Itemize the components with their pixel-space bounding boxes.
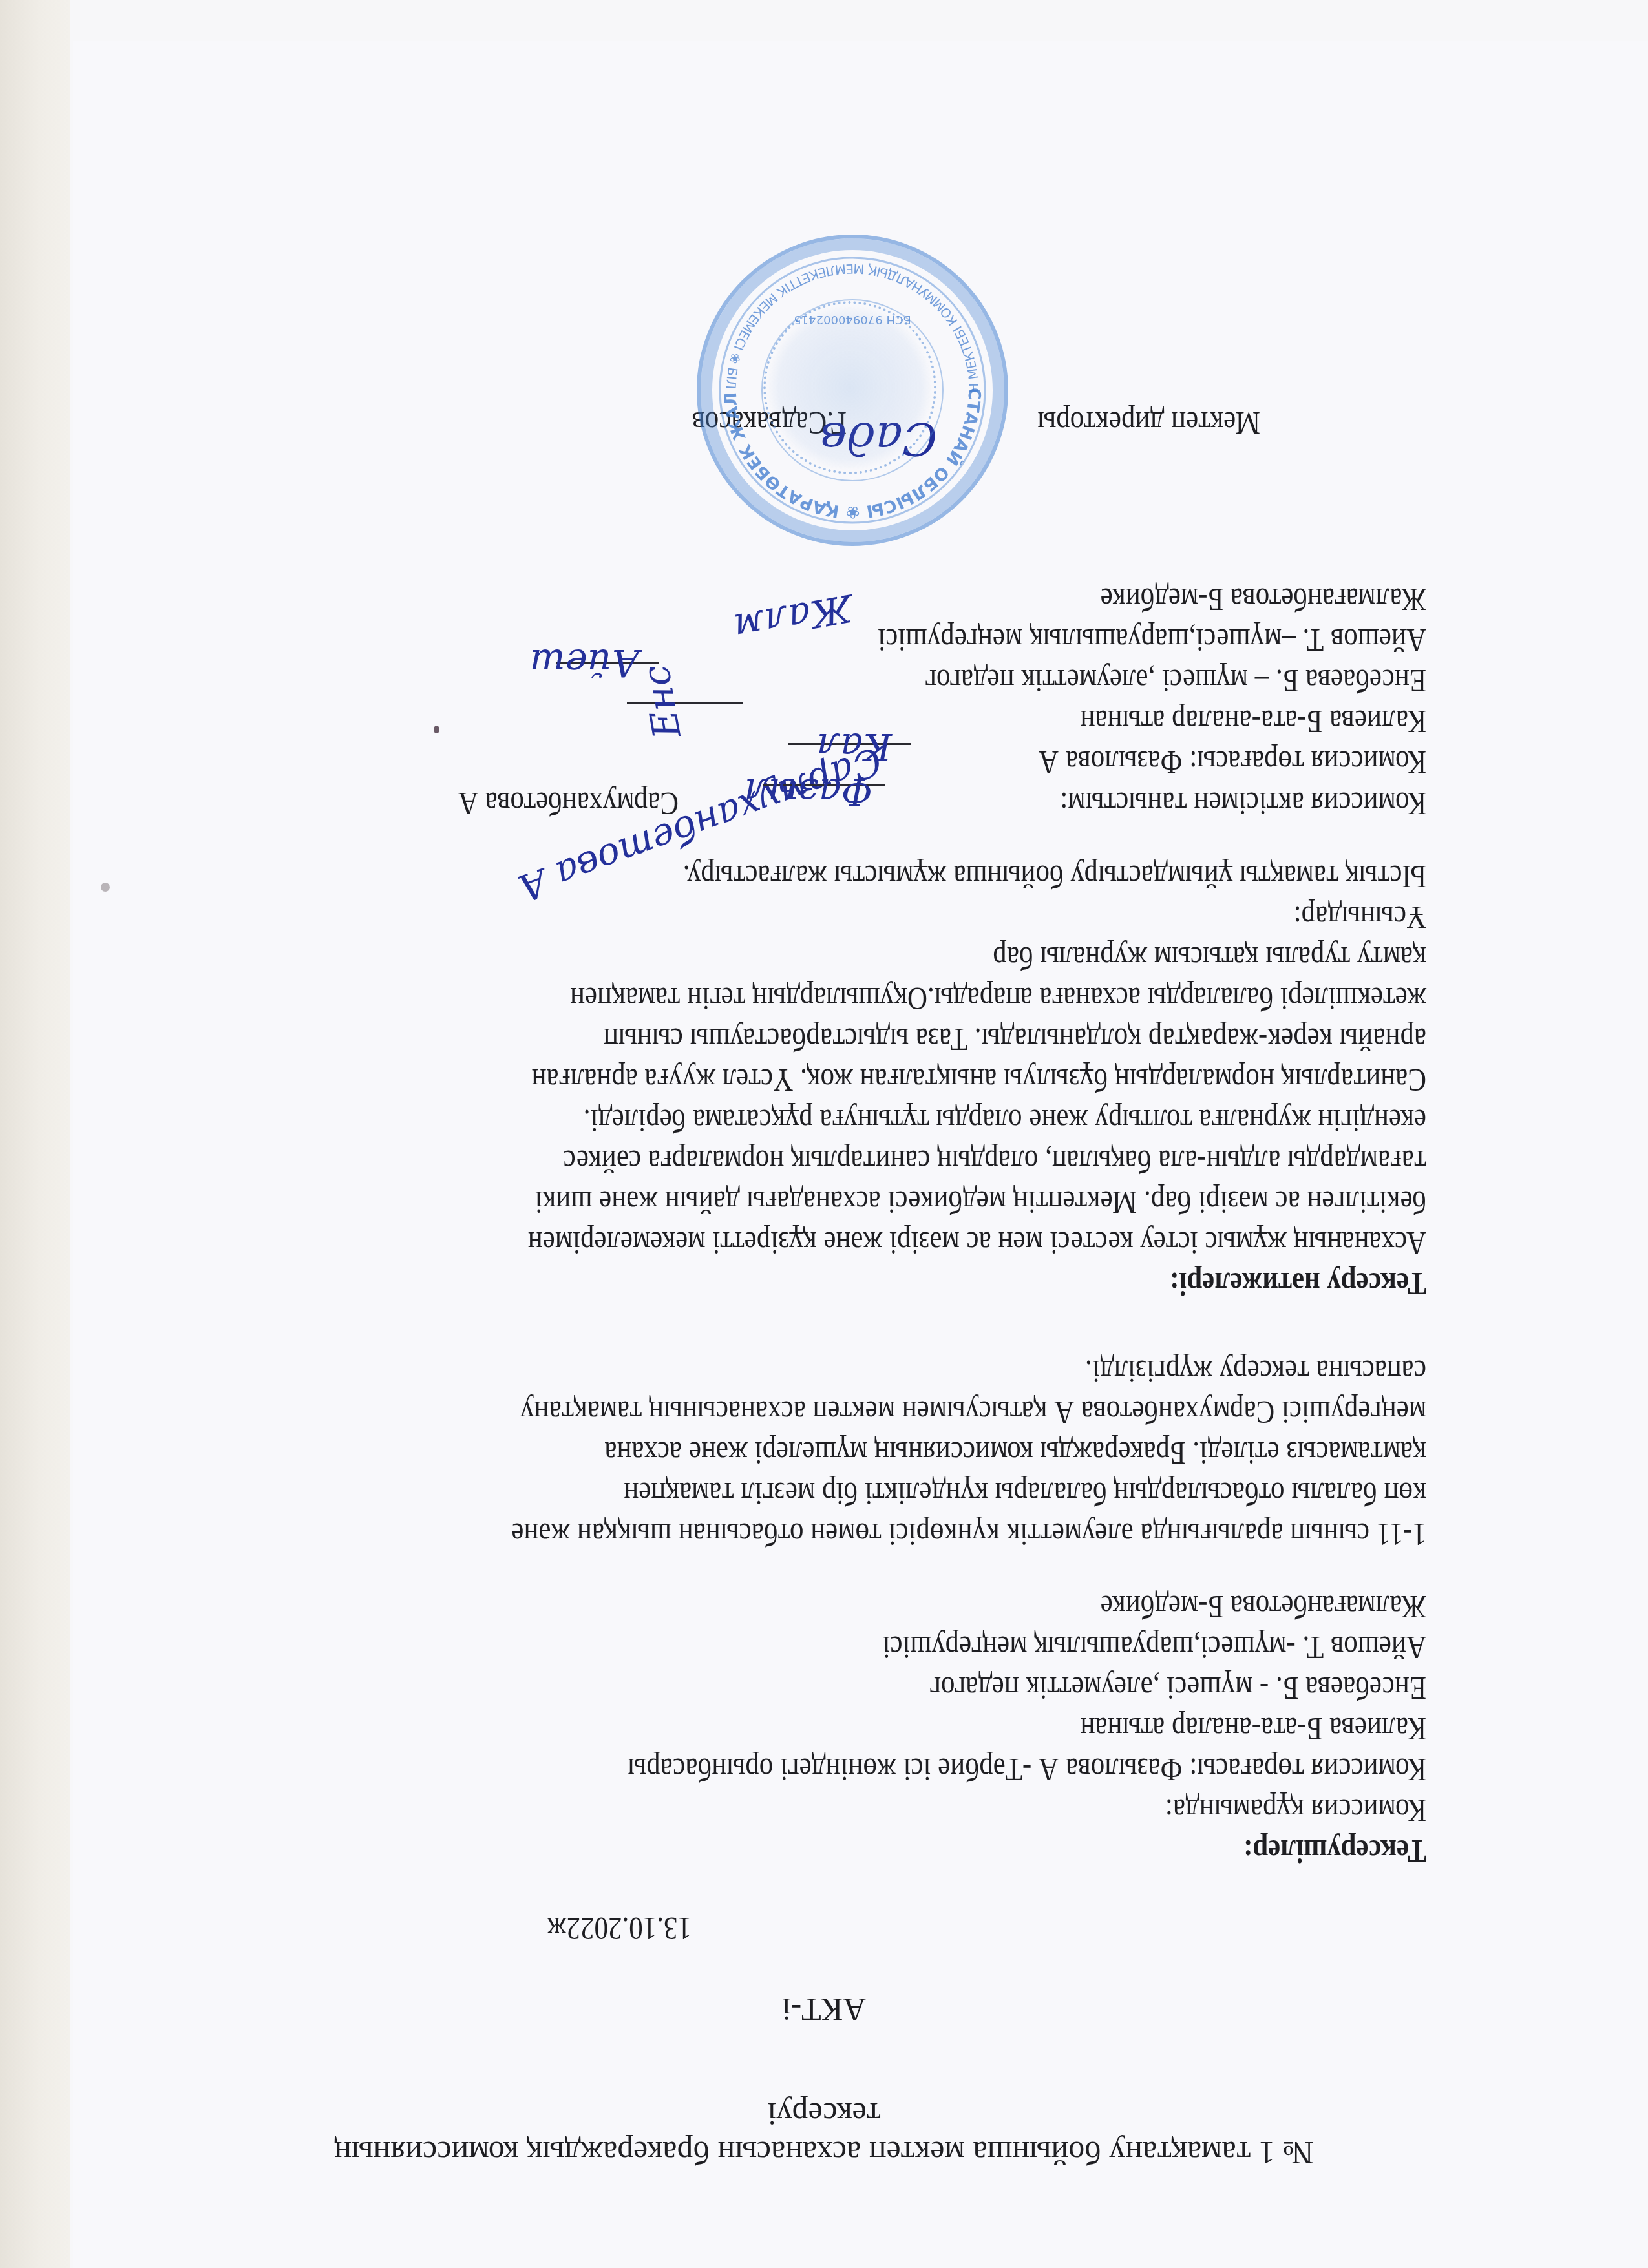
acknowledged-name: Сармуханбетова А [458, 784, 679, 823]
paragraph-line: тағамдарды алдын-ала бақылап, олардың са… [564, 1142, 1426, 1181]
signatory-item: Жалмағанбетова Б-медбике [1101, 580, 1426, 619]
paragraph-line: көп балалы отбасылардың балалары күнделі… [624, 1475, 1426, 1513]
member-item: Калиева Б-ата-аналар атынан [1080, 1710, 1426, 1748]
paragraph-line: Асхананың жұмыс істеу кестесі мен ас мәз… [528, 1224, 1426, 1263]
inspectors-heading: Тексерушілер: [1243, 1832, 1426, 1871]
document-title-line1: № 1 тамақтану бойынша мектеп асханасын б… [0, 2134, 1648, 2172]
paragraph-line: 1-11 сынып аралығында әлеуметтік күнкөрі… [511, 1515, 1426, 1554]
acknowledged-label: Комиссия актісімен таныстым: [1060, 784, 1426, 823]
results-heading: Тексеру нәтижелері: [1170, 1265, 1426, 1303]
signature-kalieva: Кал [817, 725, 892, 769]
signature-aieshov: Айеш [529, 641, 640, 685]
scan-speck [434, 726, 439, 733]
member-item: Айешов Т. -мүшесі,шаруашылық меңгерушісі [883, 1628, 1426, 1667]
svg-text:БІЛІМ БЕРЕТІН МЕКТЕБІ КОММУНАЛ: БІЛІМ БЕРЕТІН МЕКТЕБІ КОММУНАЛДЫҚ МЕМЛЕК… [723, 261, 1004, 542]
signatory-item: Комиссия төрағасы: Фазылова А [1039, 743, 1426, 782]
signature-zhalmaganbetova: Жалм [731, 585, 856, 649]
member-item: Комиссия төрағасы: Фазылова А -Тәрбие іс… [628, 1750, 1426, 1789]
signatory-item: Айешов Т. –мүшесі,шаруашылық меңгерушісі [878, 621, 1426, 660]
paragraph-line: меңгерушісі Сармуханбетова А қатысуымен … [520, 1393, 1426, 1432]
paragraph-line: жетекшілері балаларды асханаға апарады.О… [570, 980, 1426, 1018]
signatory-item: Калиева Б-ата-аналар атынан [1080, 702, 1426, 741]
official-stamp: ҚОСТАНАЙ ОБЛЫСЫ ❀ ҚАРАТӨБЕК ЖАЛПЫ БІЛІМ … [697, 235, 1008, 546]
document-title-line2: тексеруі [0, 2095, 1648, 2134]
act-date: 13.10.2022ж [547, 1909, 692, 1948]
paragraph-line: сапасына тексеру жүргізілді. [1085, 1352, 1426, 1391]
paragraph-line: бекітілген ас мәзірі бар. Мектептің медб… [534, 1183, 1426, 1222]
paragraph-line: арнайы керек-жарақтар қолданылады. Таза … [604, 1020, 1426, 1059]
act-label: АКТ-і [0, 1990, 1648, 2029]
member-item: Жалмағанбетова Б-медбике [1101, 1588, 1426, 1626]
stamp-text-ring: ҚОСТАНАЙ ОБЛЫСЫ ❀ ҚАРАТӨБЕК ЖАЛПЫ БІЛІМ … [701, 238, 1004, 542]
director-label: Мектеп директоры [1037, 404, 1260, 443]
stamp-ring-text-icon: ҚОСТАНАЙ ОБЛЫСЫ ❀ ҚАРАТӨБЕК ЖАЛПЫ БІЛІМ … [701, 238, 1004, 542]
paragraph-line: екендігін журналға толтыру және оларды т… [584, 1102, 1426, 1140]
document-page-rotated-180: № 1 тамақтану бойынша мектеп асханасын б… [0, 0, 1648, 2268]
svg-text:БСН 970940002415: БСН 970940002415 [794, 313, 911, 326]
signature-fazylova: Фазыл [744, 770, 872, 814]
recommendation-item: Ыстық тамақты ұйымдастыру бойынша жұмыст… [683, 857, 1426, 896]
paragraph-line: Санитарлық нормалардың бұзылуы анықталға… [531, 1061, 1426, 1100]
recommendations-heading: Ұсыныдар: [1294, 898, 1426, 937]
signatory-item: Енсебаева Б. – мүшесі ,әлеуметтік педаго… [925, 662, 1426, 700]
signature-ensebaeva: Енс [633, 662, 690, 741]
member-item: Енсебаева Б. - мүшесі ,әлеуметтік педаго… [929, 1669, 1426, 1708]
paragraph-line: қамту туралы қатысым журналы бар [993, 939, 1426, 978]
commission-heading: Комиссия құрамында: [1165, 1791, 1426, 1830]
scan-speck [101, 883, 110, 892]
paragraph-line: қамтамасыз етіледі. Бракеражды комиссиян… [604, 1434, 1426, 1473]
